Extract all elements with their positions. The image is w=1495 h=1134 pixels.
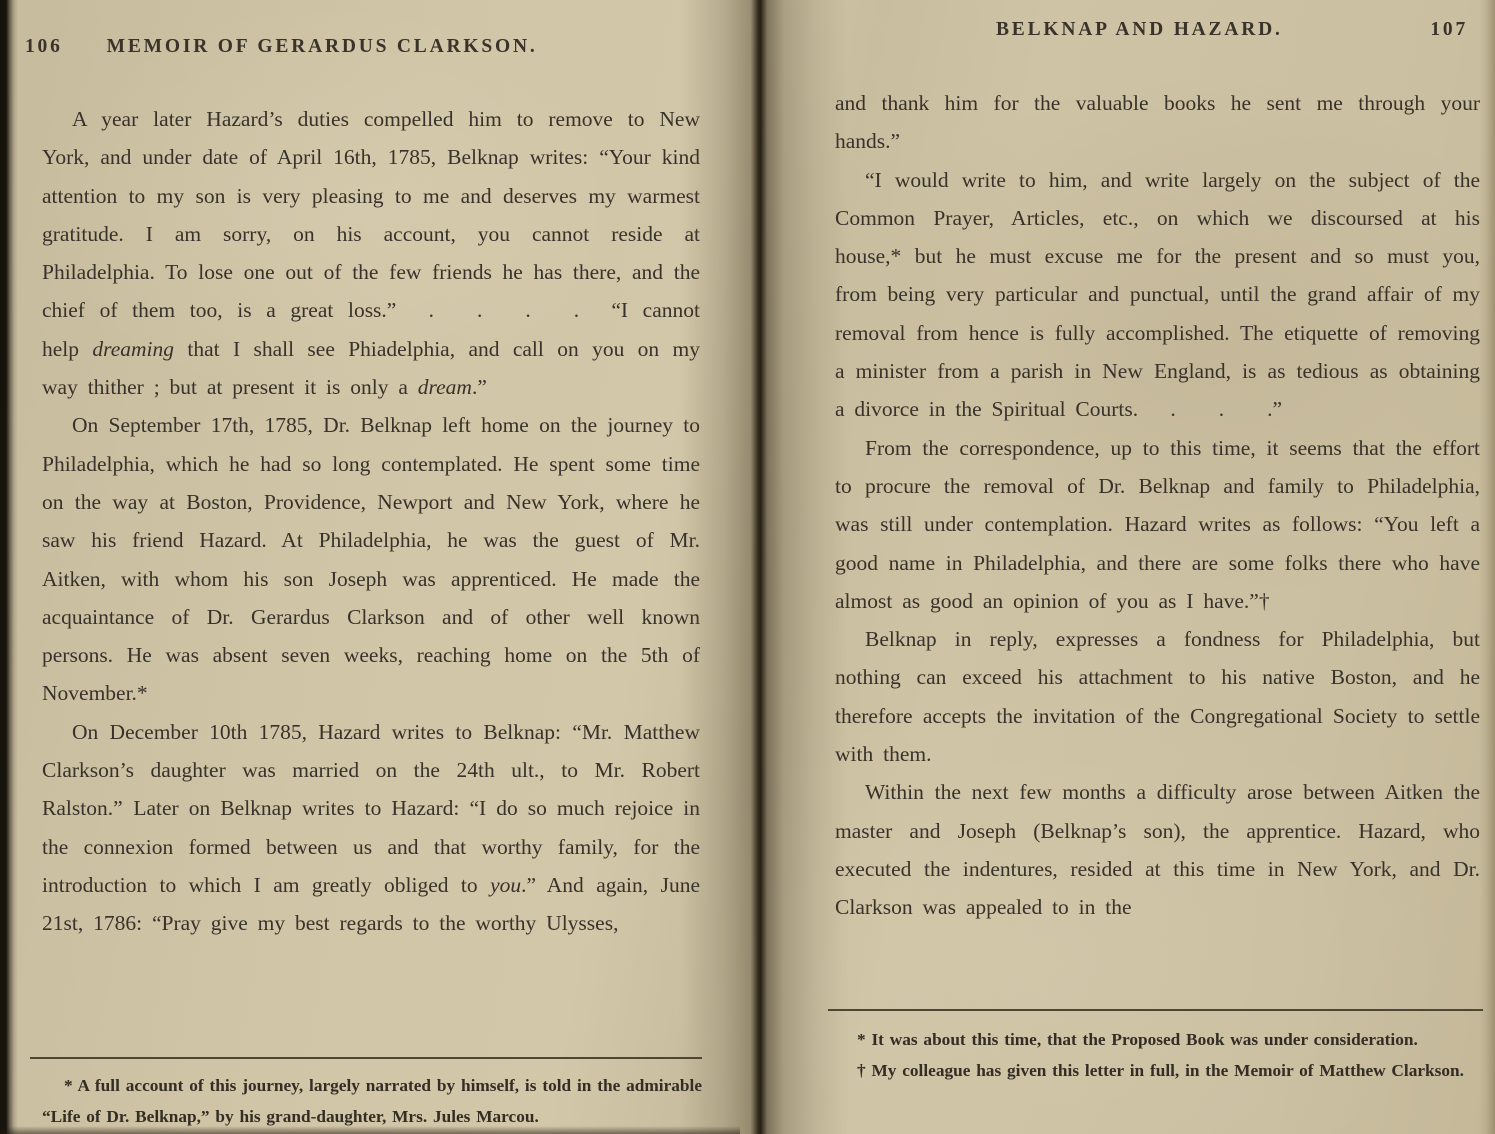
text-segment: * It was about this time, that the Propo…: [857, 1030, 1418, 1049]
left-running-head: 106 MEMOIR OF GERARDUS CLARKSON.: [25, 36, 538, 58]
paragraph: Belknap in reply, expresses a fondness f…: [835, 620, 1480, 773]
right-page: BELKNAP AND HAZARD. 107 and thank him fo…: [770, 0, 1495, 1134]
text-segment: † My colleague has given this letter in …: [857, 1061, 1464, 1080]
paragraph: Within the next few months a difficulty …: [835, 773, 1480, 926]
paragraph: A year later Hazard’s duties compelled h…: [42, 100, 700, 406]
footnote: * It was about this time, that the Propo…: [835, 1024, 1483, 1055]
text-segment: A year later Hazard’s duties compelled h…: [42, 107, 700, 361]
text-segment: “I would write to him, and write largely…: [835, 168, 1480, 422]
paragraph: “I would write to him, and write largely…: [835, 161, 1480, 429]
footnote: * A full account of this journey, largel…: [42, 1070, 702, 1132]
text-segment: On September 17th, 1785, Dr. Belknap lef…: [42, 413, 700, 705]
right-footnotes: * It was about this time, that the Propo…: [835, 1024, 1483, 1086]
text-segment: * A full account of this journey, largel…: [42, 1076, 702, 1126]
paragraph: On December 10th 1785, Hazard writes to …: [42, 713, 700, 943]
footnote: † My colleague has given this letter in …: [835, 1055, 1483, 1086]
text-segment: Belknap in reply, expresses a fondness f…: [835, 627, 1480, 766]
left-page-number: 106: [25, 36, 63, 58]
italic-text-segment: you: [490, 873, 521, 897]
right-page-body: and thank him for the valuable books he …: [835, 84, 1480, 927]
italic-text-segment: dream: [418, 375, 472, 399]
text-segment: On December 10th 1785, Hazard writes to …: [42, 720, 700, 897]
book-spread: 106 MEMOIR OF GERARDUS CLARKSON. A year …: [0, 0, 1495, 1134]
left-footnotes: * A full account of this journey, largel…: [42, 1070, 702, 1132]
text-segment: From the correspondence, up to this time…: [835, 436, 1480, 613]
right-running-title: BELKNAP AND HAZARD.: [996, 19, 1283, 41]
left-footnote-rule: [30, 1057, 702, 1059]
text-segment: Within the next few months a difficulty …: [835, 780, 1480, 919]
left-running-title: MEMOIR OF GERARDUS CLARKSON.: [107, 36, 538, 58]
right-page-number: 107: [1430, 19, 1468, 41]
paragraph: and thank him for the valuable books he …: [835, 84, 1480, 161]
text-segment: and thank him for the valuable books he …: [835, 91, 1480, 153]
paragraph: From the correspondence, up to this time…: [835, 429, 1480, 620]
left-page-body: A year later Hazard’s duties compelled h…: [42, 100, 700, 943]
italic-text-segment: dreaming: [92, 337, 174, 361]
right-footnote-rule: [828, 1009, 1483, 1011]
paragraph: On September 17th, 1785, Dr. Belknap lef…: [42, 406, 700, 712]
left-page: 106 MEMOIR OF GERARDUS CLARKSON. A year …: [0, 0, 745, 1134]
text-segment: .”: [472, 375, 487, 399]
